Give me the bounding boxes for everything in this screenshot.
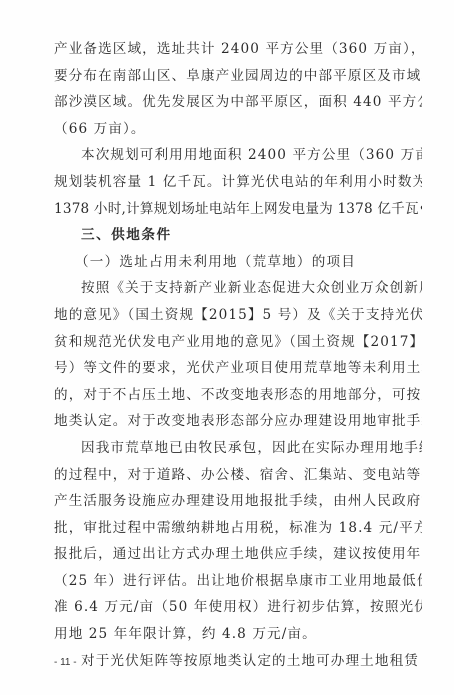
paragraph-line: （25 年）进行评估。出让地价根据阜康市工业用地最低价标	[54, 568, 422, 595]
paragraph-line: 对于光伏矩阵等按原地类认定的土地可办理土地租赁	[54, 648, 422, 675]
paragraph-line: 因我市荒草地已由牧民承包，因此在实际办理用地手续	[54, 435, 422, 462]
subsection-heading: （一）选址占用未利用地（荒草地）的项目	[54, 249, 422, 276]
document-body: 产业备选区域，选址共计 2400 平方公里（360 万亩），主 要分布在南部山区…	[54, 36, 422, 674]
paragraph-line: 1378 小时,计算规划场址电站年上网发电量为 1378 亿千瓦•时。	[54, 196, 422, 223]
paragraph-line: （66 万亩）。	[54, 116, 422, 143]
paragraph-line: 本次规划可利用用地面积 2400 平方公里（360 万亩），	[54, 142, 422, 169]
paragraph-line: 地类认定。对于改变地表形态部分应办理建设用地审批手续。	[54, 408, 422, 435]
paragraph-line: 号）等文件的要求，光伏产业项目使用荒草地等未利用土地	[54, 355, 422, 382]
paragraph-line: 产生活服务设施应办理建设用地报批手续，由州人民政府审	[54, 488, 422, 515]
paragraph-line: 准 6.4 万元/亩（50 年使用权）进行初步估算，按照光伏产业	[54, 594, 422, 621]
paragraph-line: 产业备选区域，选址共计 2400 平方公里（360 万亩），主	[54, 36, 422, 63]
paragraph-line: 部沙漠区域。优先发展区为中部平原区，面积 440 平方公里	[54, 89, 422, 116]
paragraph-line: 要分布在南部山区、阜康产业园周边的中部平原区及市域北	[54, 63, 422, 90]
paragraph-line: 报批后，通过出让方式办理土地供应手续，建议按使用年限	[54, 541, 422, 568]
paragraph-line: 按照《关于支持新产业新业态促进大众创业万众创新用	[54, 275, 422, 302]
paragraph-line: 用地 25 年年限计算，约 4.8 万元/亩。	[54, 621, 422, 648]
paragraph-line: 的，对于不占压土地、不改变地表形态的用地部分，可按原	[54, 382, 422, 409]
paragraph-line: 地的意见》（国土资规【2015】5 号）及《关于支持光伏扶	[54, 302, 422, 329]
document-page: 产业备选区域，选址共计 2400 平方公里（360 万亩），主 要分布在南部山区…	[0, 0, 454, 695]
page-number: - 11 -	[54, 657, 77, 668]
section-heading: 三、供地条件	[54, 222, 422, 249]
paragraph-line: 规划装机容量 1 亿千瓦。计算光伏电站的年利用小时数为	[54, 169, 422, 196]
paragraph-line: 贫和规范光伏发电产业用地的意见》（国土资规【2017】8	[54, 329, 422, 356]
paragraph-line: 的过程中，对于道路、办公楼、宿舍、汇集站、变电站等生	[54, 462, 422, 489]
paragraph-line: 批，审批过程中需缴纳耕地占用税，标准为 18.4 元/平方米。	[54, 515, 422, 542]
